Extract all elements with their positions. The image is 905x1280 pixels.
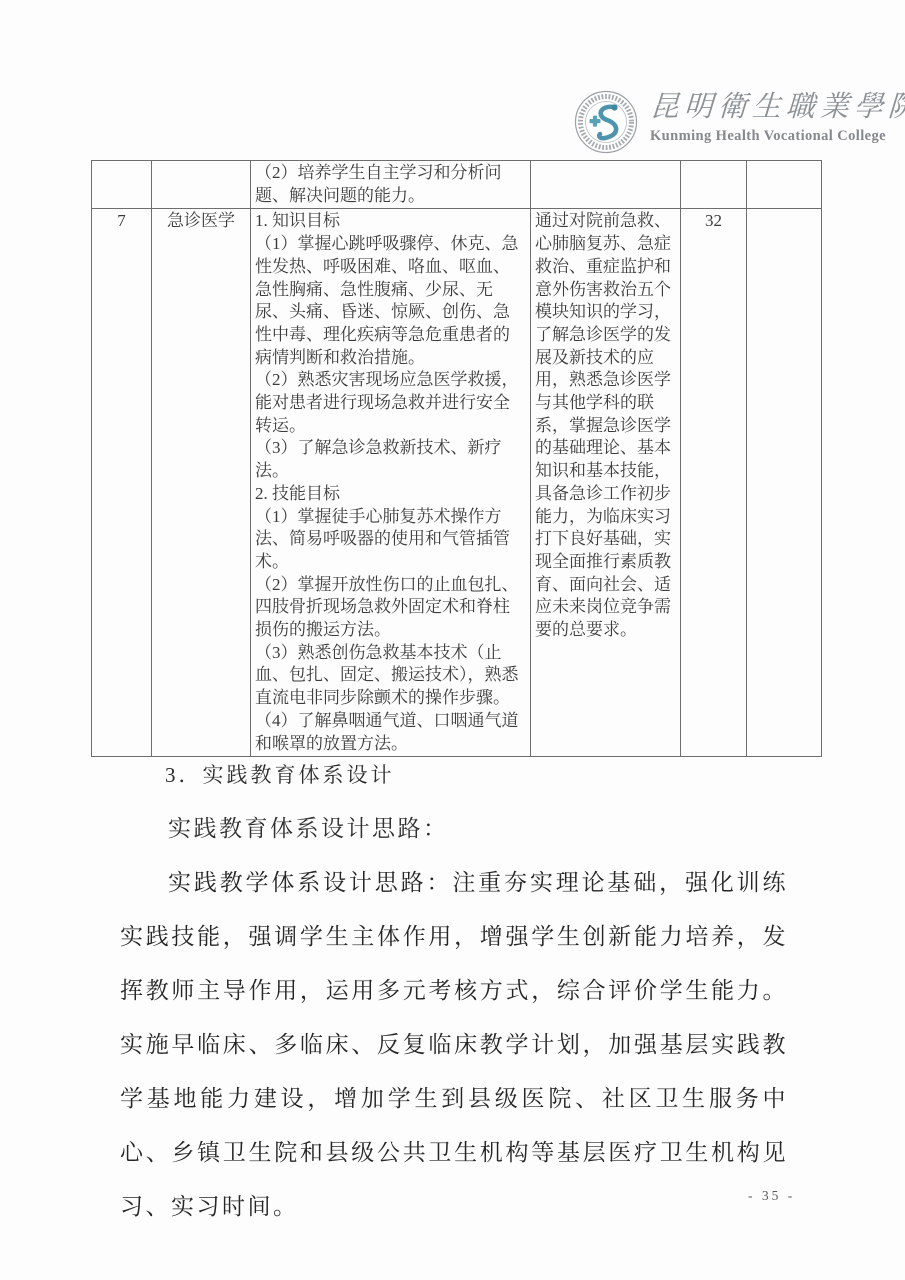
table-cell-empty	[92, 161, 152, 209]
objective-line: （2）培养学生自主学习和分析问题、解决问题的能力。	[255, 162, 526, 207]
table-row-continuation: （2）培养学生自主学习和分析问题、解决问题的能力。	[92, 161, 822, 209]
objective-line: 1. 知识目标	[255, 210, 526, 233]
table-cell-empty	[531, 161, 681, 209]
page-number: - 35 -	[748, 1188, 795, 1204]
objective-line: （1）掌握徒手心肺复苏术操作方法、简易呼吸器的使用和气管插管术。	[255, 506, 526, 574]
body-text: 3．实践教育体系设计 实践教育体系设计思路： 实践教学体系设计思路：注重夯实理论…	[120, 748, 788, 1234]
document-page: 昆明衛生職業學院 Kunming Health Vocational Colle…	[0, 0, 905, 1280]
objective-line: （2）熟悉灾害现场应急医学救援，能对患者进行现场急救并进行安全转运。	[255, 369, 526, 437]
objective-line: （2）掌握开放性伤口的止血包扎、四肢骨折现场急救外固定术和脊柱损伤的搬运方法。	[255, 574, 526, 642]
section-subheading: 实践教育体系设计思路：	[120, 802, 788, 856]
table-cell-empty	[747, 209, 822, 757]
course-table: （2）培养学生自主学习和分析问题、解决问题的能力。 7 急诊医学 1. 知识目标…	[91, 160, 822, 757]
table-row-course: 7 急诊医学 1. 知识目标 （1）掌握心跳呼吸骤停、休克、急性发热、呼吸困难、…	[92, 209, 822, 757]
objective-line: 2. 技能目标	[255, 483, 526, 506]
page-header: 昆明衛生職業學院 Kunming Health Vocational Colle…	[572, 88, 875, 158]
course-summary-cell: 通过对院前急救、心肺脑复苏、急症救治、重症监护和意外伤害救治五个模块知识的学习，…	[531, 209, 681, 757]
objective-line: （1）掌握心跳呼吸骤停、休克、急性发热、呼吸困难、咯血、呕血、急性胸痛、急性腹痛…	[255, 233, 526, 369]
objective-line: （3）了解急诊急救新技术、新疗法。	[255, 437, 526, 482]
table-cell-objective-continuation: （2）培养学生自主学习和分析问题、解决问题的能力。	[251, 161, 531, 209]
course-name-cell: 急诊医学	[152, 209, 251, 757]
table-cell-empty	[747, 161, 822, 209]
course-objectives-cell: 1. 知识目标 （1）掌握心跳呼吸骤停、休克、急性发热、呼吸困难、咯血、呕血、急…	[251, 209, 531, 757]
college-name-calligraphy: 昆明衛生職業學院	[649, 88, 905, 126]
college-name-english: Kunming Health Vocational College	[650, 126, 905, 146]
table-cell-empty	[152, 161, 251, 209]
table-cell-empty	[681, 161, 747, 209]
college-titles: 昆明衛生職業學院 Kunming Health Vocational Colle…	[650, 88, 905, 146]
body-paragraph: 实践教学体系设计思路：注重夯实理论基础，强化训练实践技能，强调学生主体作用，增强…	[120, 856, 788, 1234]
objective-line: （3）熟悉创伤急救基本技术（止血、包扎、固定、搬运技术），熟悉直流电非同步除颤术…	[255, 642, 526, 710]
section-heading: 3．实践教育体系设计	[165, 748, 788, 802]
course-hours-cell: 32	[681, 209, 747, 757]
college-seal-icon	[574, 90, 638, 154]
course-number-cell: 7	[92, 209, 152, 757]
